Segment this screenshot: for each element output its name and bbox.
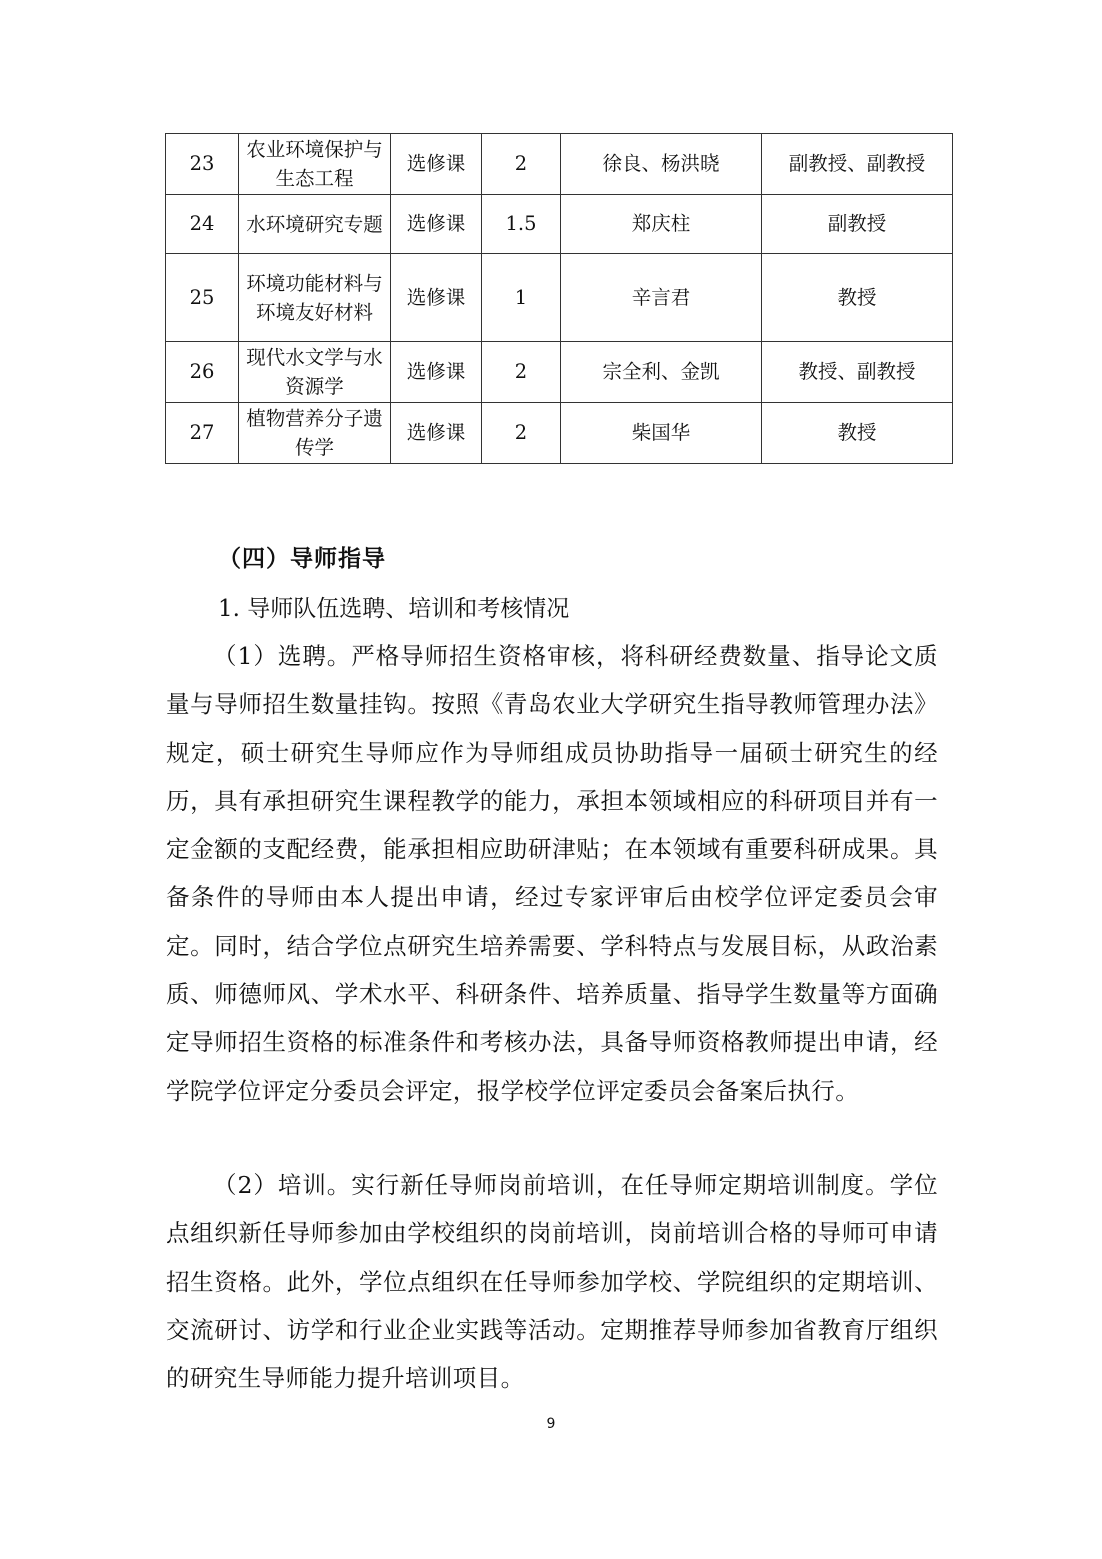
course-number: 26 [166,342,239,403]
paragraph-selection: （1）选聘。严格导师招生资格审核，将科研经费数量、指导论文质量与导师招生数量挂钩… [166,632,938,1115]
subsection-title: 1. 导师队伍选聘、培训和考核情况 [218,590,569,623]
course-number: 27 [166,403,239,464]
section-title: （四）导师指导 [218,540,386,573]
table-row: 23 农业环境保护与生态工程 选修课 2 徐良、杨洪晓 副教授、副教授 [166,134,953,195]
course-type: 选修课 [391,342,482,403]
course-teacher: 徐良、杨洪晓 [561,134,762,195]
table-row: 26 现代水文学与水资源学 选修课 2 宗全利、金凯 教授、副教授 [166,342,953,403]
course-credit: 2 [482,342,561,403]
course-teacher: 郑庆柱 [561,195,762,254]
course-table: 23 农业环境保护与生态工程 选修课 2 徐良、杨洪晓 副教授、副教授 24 水… [165,133,953,464]
course-name: 现代水文学与水资源学 [239,342,391,403]
course-teacher: 辛言君 [561,254,762,342]
course-name: 水环境研究专题 [239,195,391,254]
course-number: 23 [166,134,239,195]
teacher-title: 教授 [762,403,953,464]
table-row: 24 水环境研究专题 选修课 1.5 郑庆柱 副教授 [166,195,953,254]
course-credit: 2 [482,134,561,195]
paragraph-training: （2）培训。实行新任导师岗前培训，在任导师定期培训制度。学位点组织新任导师参加由… [166,1161,938,1402]
course-teacher: 宗全利、金凯 [561,342,762,403]
course-type: 选修课 [391,403,482,464]
teacher-title: 教授 [762,254,953,342]
course-type: 选修课 [391,254,482,342]
page-number: 9 [0,1416,1102,1432]
table-row: 25 环境功能材料与环境友好材料 选修课 1 辛言君 教授 [166,254,953,342]
table-row: 27 植物营养分子遗传学 选修课 2 柴国华 教授 [166,403,953,464]
course-credit: 2 [482,403,561,464]
course-type: 选修课 [391,195,482,254]
course-teacher: 柴国华 [561,403,762,464]
course-name: 农业环境保护与生态工程 [239,134,391,195]
course-credit: 1 [482,254,561,342]
course-type: 选修课 [391,134,482,195]
course-credit: 1.5 [482,195,561,254]
course-number: 25 [166,254,239,342]
teacher-title: 副教授 [762,195,953,254]
course-number: 24 [166,195,239,254]
teacher-title: 教授、副教授 [762,342,953,403]
course-name: 植物营养分子遗传学 [239,403,391,464]
teacher-title: 副教授、副教授 [762,134,953,195]
course-name: 环境功能材料与环境友好材料 [239,254,391,342]
